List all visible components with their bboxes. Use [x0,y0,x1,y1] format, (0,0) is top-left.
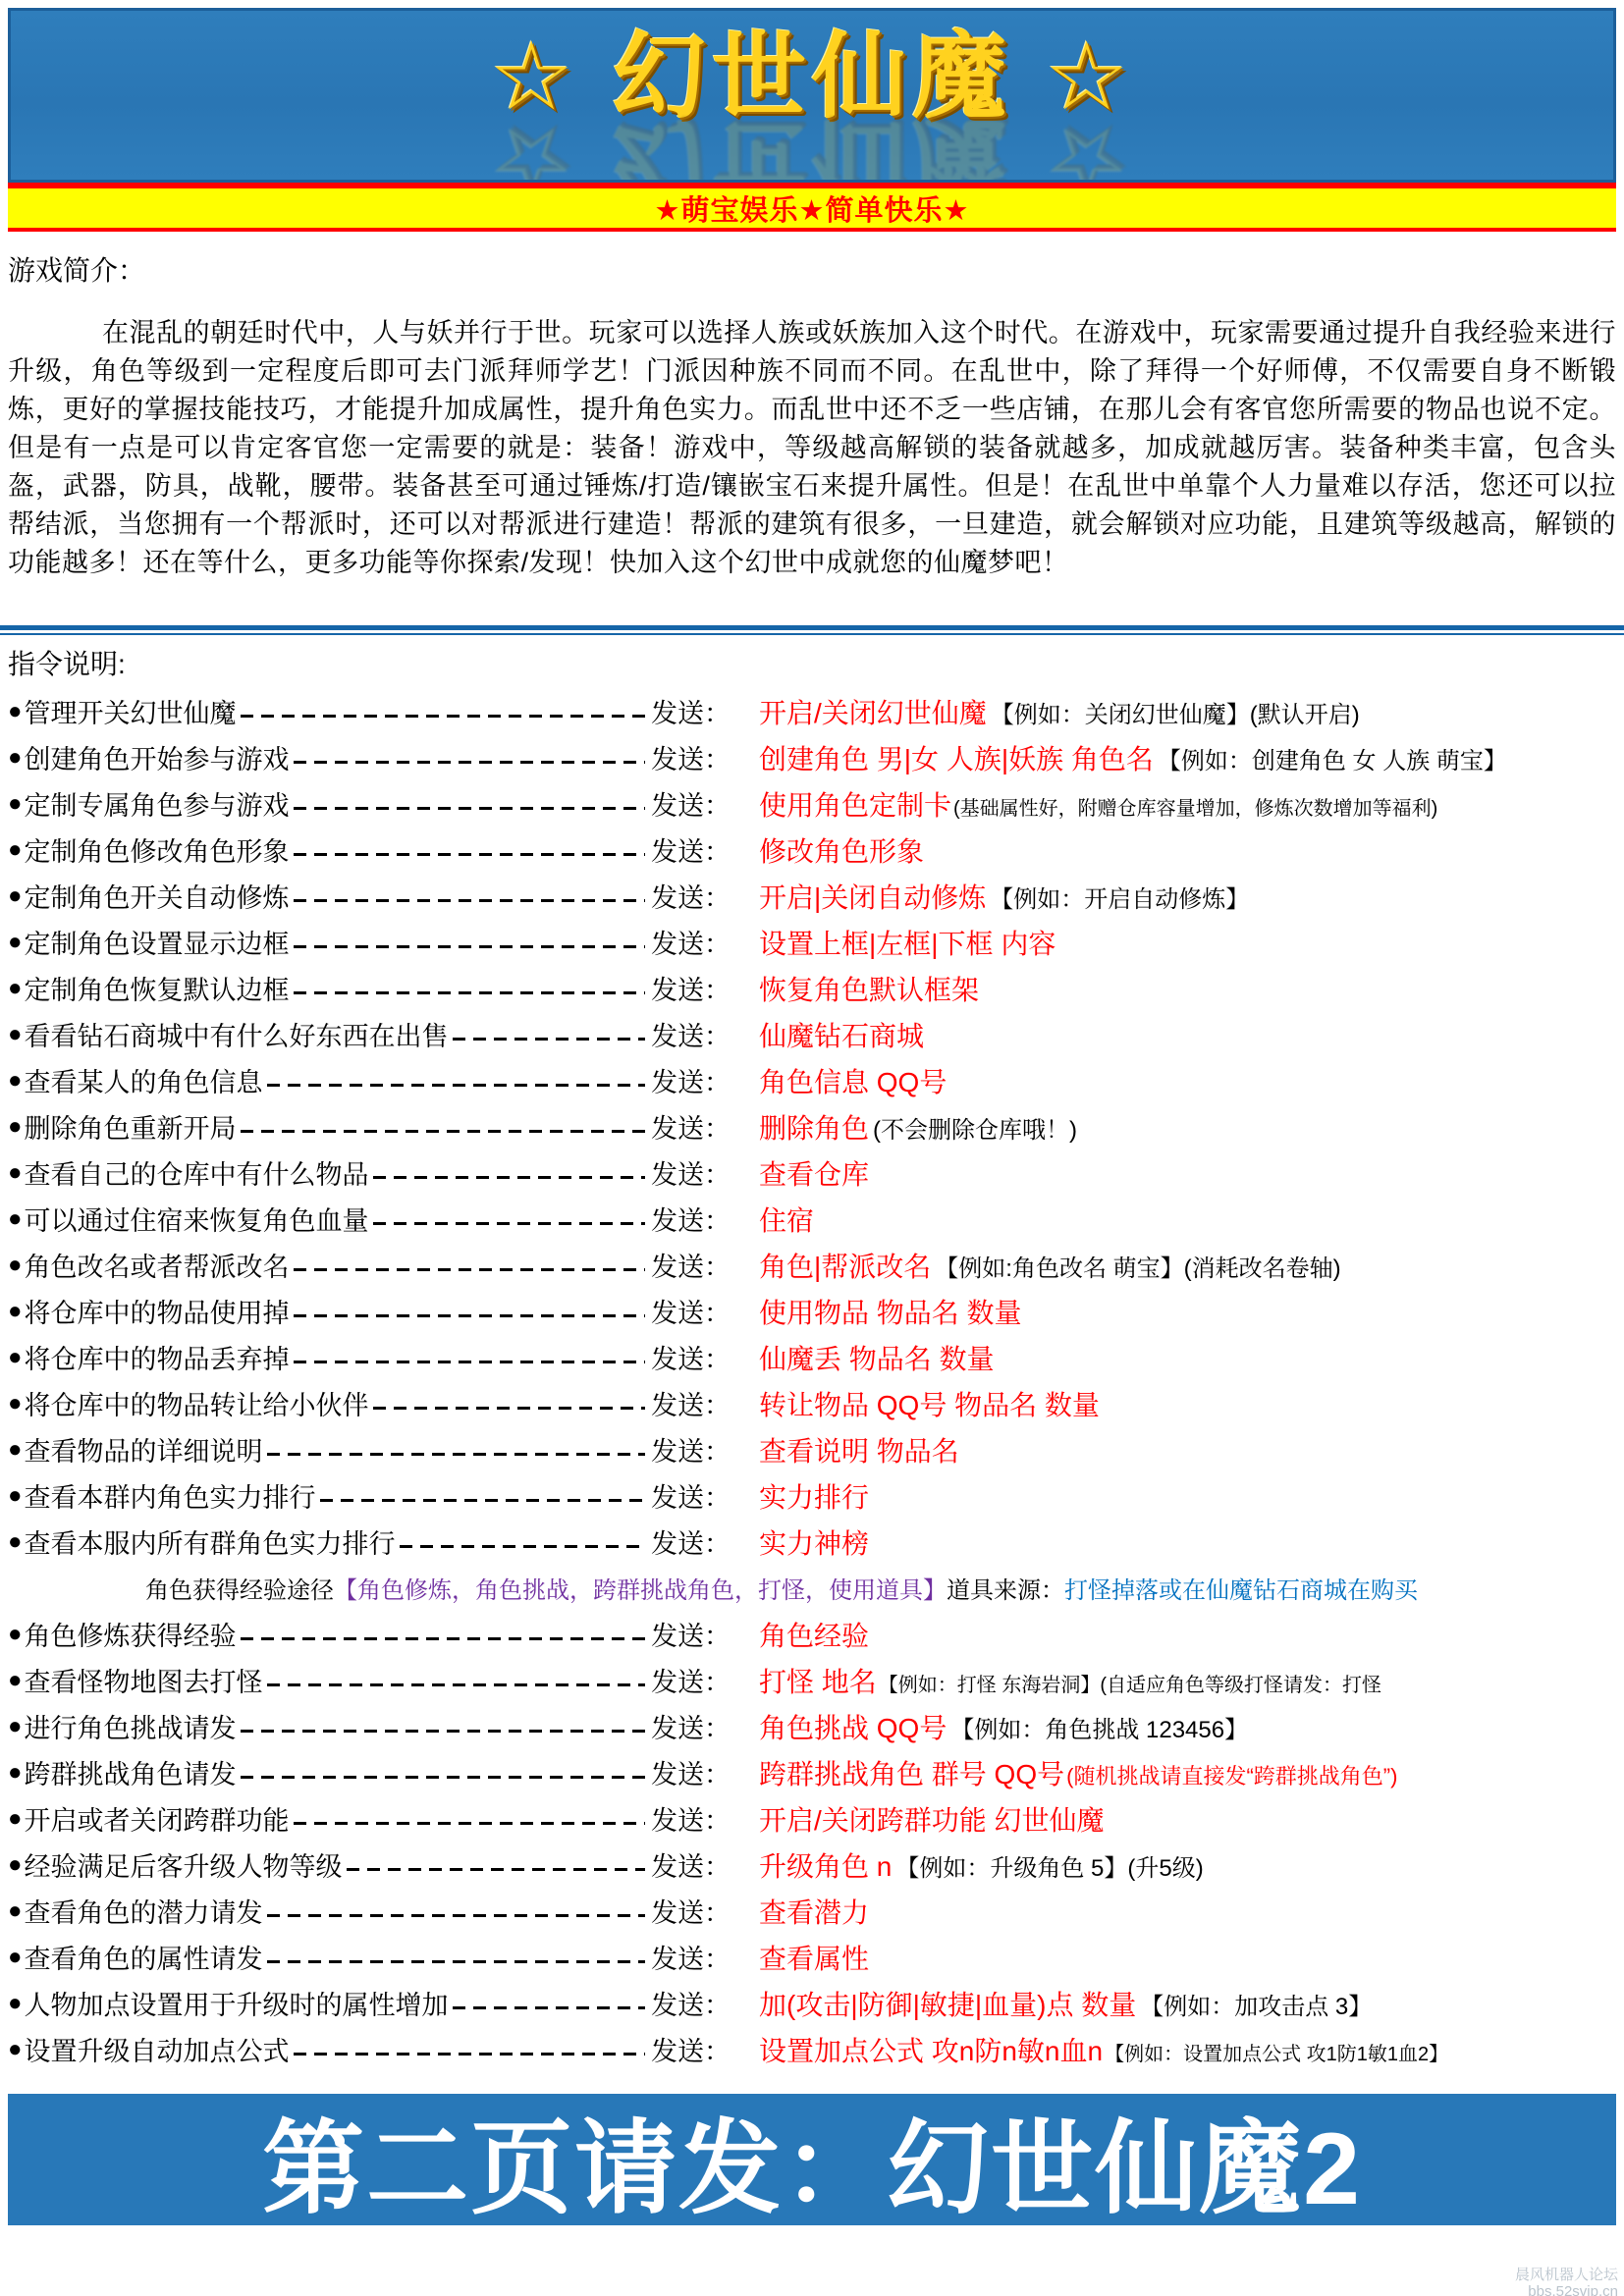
command-string: 查看属性 [759,1938,869,1977]
bullet-icon: ● [8,1805,23,1833]
header-banner: ☆ 幻世仙魔 ☆ ☆ 幻世仙魔 ☆ [8,8,1616,183]
command-description: 查看某人的角色信息 [25,1061,263,1099]
bullet-icon: ● [8,1113,23,1141]
command-text: 查看潜力 [759,1892,1624,1931]
dash-leader [453,2006,646,2009]
command-text: 创建角色 男|女 人族|妖族 角色名 【例如：创建角色 女 人族 萌宝】 [759,738,1624,777]
send-label: 发送： [651,784,759,823]
command-string: 恢复角色默认框架 [759,969,979,1008]
command-row-left: ● 创建角色开始参与游戏 [8,738,651,776]
command-string: 使用角色定制卡 [759,784,951,824]
dash-leader [294,991,646,994]
command-description: 查看角色的潜力请发 [25,1892,263,1930]
section-divider [0,625,1624,635]
command-string: 查看说明 物品名 [759,1430,959,1469]
command-text: 打怪 地名 【例如：打怪 东海岩洞】(自适应角色等级打怪请发：打怪 [759,1661,1624,1700]
exp-note-prefix: 角色获得经验途径 [145,1571,334,1605]
command-row: ● 定制角色修改角色形象 发送： 修改角色形象 [0,827,1624,873]
command-row-left: ● 查看物品的详细说明 [8,1430,651,1468]
command-string: 开启/关闭幻世仙魔 [759,692,987,731]
command-string: 仙魔钻石商城 [759,1015,924,1054]
command-row-left: ● 删除角色重新开局 [8,1107,651,1146]
dash-leader [267,1960,646,1963]
dash-leader [294,2053,646,2056]
command-row: ● 定制角色开关自动修炼 发送： 开启|关闭自动修炼 【例如：开启自动修炼】 [0,873,1624,919]
bullet-icon: ● [8,882,23,910]
dash-leader [400,1545,646,1548]
command-description: 定制专属角色参与游戏 [25,784,290,823]
command-row-left: ● 查看自己的仓库中有什么物品 [8,1153,651,1192]
command-row-left: ● 查看某人的角色信息 [8,1061,651,1099]
command-text: 恢复角色默认框架 [759,969,1624,1008]
send-label: 发送： [651,923,759,961]
bullet-icon: ● [8,1067,23,1095]
send-label: 发送： [651,692,759,730]
send-label: 发送： [651,1153,759,1192]
command-row: ● 查看本群内角色实力排行 发送： 实力排行 [0,1472,1624,1519]
command-description: 角色修炼获得经验 [25,1615,237,1653]
command-row: ● 角色修炼获得经验 发送： 角色经验 [0,1611,1624,1657]
command-description: 定制角色恢复默认边框 [25,969,290,1007]
command-description: 定制角色设置显示边框 [25,923,290,961]
command-row-left: ● 跨群挑战角色请发 [8,1753,651,1791]
command-text: 角色|帮派改名 【例如:角色改名 萌宝】(消耗改名卷轴) [759,1246,1624,1285]
send-label: 发送： [651,1753,759,1791]
command-string: 使用物品 物品名 数量 [759,1292,1022,1331]
subtitle-text: ★萌宝娱乐★简单快乐★ [655,188,970,229]
command-description: 删除角色重新开局 [25,1107,237,1146]
command-row-left: ● 开启或者关闭跨群功能 [8,1799,651,1838]
command-row-left: ● 定制专属角色参与游戏 [8,784,651,823]
command-row-left: ● 将仓库中的物品丢弃掉 [8,1338,651,1376]
command-note-red: (随机挑战请直接发“跨群挑战角色”) [1066,1760,1397,1790]
command-row-left: ● 查看角色的潜力请发 [8,1892,651,1930]
send-label: 发送： [651,1061,759,1099]
command-description: 人物加点设置用于升级时的属性增加 [25,1984,449,2022]
command-string: 打怪 地名 [759,1661,877,1700]
dash-leader [373,1176,646,1179]
command-text: 查看属性 [759,1938,1624,1977]
command-string: 修改角色形象 [759,830,924,870]
command-text: 设置上框|左框|下框 内容 [759,923,1624,962]
watermark: 晨风机器人论坛 bbs.52svip.cn [1515,2267,1618,2296]
dash-leader [241,1637,646,1640]
dash-leader [267,1084,646,1087]
command-row: ● 查看物品的详细说明 发送： 查看说明 物品名 [0,1426,1624,1472]
command-row: ● 查看怪物地图去打怪 发送： 打怪 地名 【例如：打怪 东海岩洞】(自适应角色… [0,1657,1624,1703]
bullet-icon: ● [8,1897,23,1925]
command-text: 使用角色定制卡 (基础属性好，附赠仓库容量增加，修炼次数增加等福利) [759,784,1624,824]
command-string: 创建角色 男|女 人族|妖族 角色名 [759,738,1154,777]
command-row: ● 查看某人的角色信息 发送： 角色信息 QQ号 [0,1057,1624,1103]
command-note: 【例如：升级角色 5】(升5级) [895,1848,1203,1883]
command-row-left: ● 定制角色设置显示边框 [8,923,651,961]
send-label: 发送： [651,1661,759,1699]
dash-leader [453,1038,646,1041]
command-row: ● 将仓库中的物品转让给小伙伴 发送： 转让物品 QQ号 物品名 数量 [0,1380,1624,1426]
bullet-icon: ● [8,1713,23,1740]
command-string: 角色信息 QQ号 [759,1061,947,1100]
command-description: 查看物品的详细说明 [25,1430,263,1468]
command-string: 升级角色 n [759,1845,892,1885]
command-string: 转让物品 QQ号 物品名 数量 [759,1384,1100,1423]
command-row: ● 查看自己的仓库中有什么物品 发送： 查看仓库 [0,1149,1624,1196]
command-description: 管理开关幻世仙魔 [25,692,237,730]
command-text: 实力神榜 [759,1522,1624,1562]
command-description: 角色改名或者帮派改名 [25,1246,290,1284]
command-row-left: ● 查看角色的属性请发 [8,1938,651,1976]
command-string: 开启|关闭自动修炼 [759,877,986,916]
dash-leader [373,1407,646,1410]
command-note: 【例如：开启自动修炼】 [990,880,1249,914]
command-text: 开启|关闭自动修炼 【例如：开启自动修炼】 [759,877,1624,916]
command-string: 删除角色 [759,1107,869,1147]
exp-note-source-label: 道具来源： [947,1571,1064,1605]
bullet-icon: ● [8,1621,23,1648]
bullet-icon: ● [8,1990,23,2017]
send-label: 发送： [651,1107,759,1146]
command-row-left: ● 定制角色恢复默认边框 [8,969,651,1007]
command-text: 实力排行 [759,1476,1624,1516]
command-row: ● 删除角色重新开局 发送： 删除角色 (不会删除仓库哦！) [0,1103,1624,1149]
command-row: ● 管理开关幻世仙魔 发送： 开启/关闭幻世仙魔 【例如：关闭幻世仙魔】(默认开… [0,688,1624,734]
command-row: ● 将仓库中的物品丢弃掉 发送： 仙魔丢 物品名 数量 [0,1334,1624,1380]
command-description: 查看本服内所有群角色实力排行 [25,1522,396,1561]
command-string: 仙魔丢 物品名 数量 [759,1338,995,1377]
bullet-icon: ● [8,1205,23,1233]
dash-leader [241,1776,646,1779]
dash-leader [347,1868,646,1871]
dash-leader [294,1314,646,1317]
command-row: ● 开启或者关闭跨群功能 发送： 开启/关闭跨群功能 幻世仙魔 [0,1795,1624,1842]
command-row: ● 定制专属角色参与游戏 发送： 使用角色定制卡 (基础属性好，附赠仓库容量增加… [0,780,1624,827]
command-text: 转让物品 QQ号 物品名 数量 [759,1384,1624,1423]
command-description: 查看自己的仓库中有什么物品 [25,1153,369,1192]
command-string: 查看潜力 [759,1892,869,1931]
dash-leader [294,899,646,902]
watermark-url: bbs.52svip.cn [1515,2283,1618,2296]
command-text: 设置加点公式 攻n防n敏n血n 【例如：设置加点公式 攻1防1敏1血2】 [759,2030,1624,2069]
command-row: ● 查看角色的潜力请发 发送： 查看潜力 [0,1888,1624,1934]
command-row-left: ● 查看本群内角色实力排行 [8,1476,651,1515]
command-text: 角色信息 QQ号 [759,1061,1624,1100]
command-string: 角色|帮派改名 [759,1246,931,1285]
bullet-icon: ● [8,1667,23,1694]
bullet-icon: ● [8,744,23,772]
command-row-left: ● 将仓库中的物品转让给小伙伴 [8,1384,651,1422]
command-row-left: ● 经验满足后客升级人物等级 [8,1845,651,1884]
command-note: 【例如：加攻击点 3】 [1140,1987,1372,2021]
footer-banner: 第二页请发：幻世仙魔2 [8,2094,1616,2225]
command-text: 开启/关闭幻世仙魔 【例如：关闭幻世仙魔】(默认开启) [759,692,1624,731]
send-label: 发送： [651,830,759,869]
send-label: 发送： [651,1845,759,1884]
command-description: 经验满足后客升级人物等级 [25,1845,343,1884]
exp-note-methods: 【角色修炼，角色挑战，跨群挑战角色，打怪，使用道具】 [334,1571,947,1605]
command-list-bottom: ● 角色修炼获得经验 发送： 角色经验 ● 查看怪物地图去打怪 发送： 打怪 地… [0,1611,1624,2072]
command-row: ● 跨群挑战角色请发 发送： 跨群挑战角色 群号 QQ号 (随机挑战请直接发“跨… [0,1749,1624,1795]
bullet-icon: ● [8,698,23,725]
command-description: 查看本群内角色实力排行 [25,1476,316,1515]
command-note: 【例如：角色挑战 123456】 [950,1710,1248,1744]
bullet-icon: ● [8,836,23,864]
bullet-icon: ● [8,1252,23,1279]
dash-leader [267,1453,646,1456]
bullet-icon: ● [8,1851,23,1879]
command-text: 升级角色 n 【例如：升级角色 5】(升5级) [759,1845,1624,1885]
bullet-icon: ● [8,1159,23,1187]
dash-leader [294,945,646,948]
bullet-icon: ● [8,1298,23,1325]
command-row-left: ● 将仓库中的物品使用掉 [8,1292,651,1330]
command-row-left: ● 定制角色修改角色形象 [8,830,651,869]
command-string: 跨群挑战角色 群号 QQ号 [759,1753,1064,1792]
bullet-icon: ● [8,929,23,956]
command-row: ● 人物加点设置用于升级时的属性增加 发送： 加(攻击|防御|敏捷|血量)点 数… [0,1980,1624,2026]
command-description: 定制角色修改角色形象 [25,830,290,869]
command-text: 加(攻击|防御|敏捷|血量)点 数量 【例如：加攻击点 3】 [759,1984,1624,2023]
intro-paragraph: 在混乱的朝廷时代中，人与妖并行于世。玩家可以选择人族或妖族加入这个时代。在游戏中… [8,314,1616,582]
command-string: 角色经验 [759,1615,869,1654]
command-note: (不会删除仓库哦！) [873,1110,1077,1145]
command-row: ● 角色改名或者帮派改名 发送： 角色|帮派改名 【例如:角色改名 萌宝】(消耗… [0,1242,1624,1288]
command-note: 【例如：创建角色 女 人族 萌宝】 [1158,741,1507,775]
bullet-icon: ● [8,1482,23,1510]
command-row: ● 进行角色挑战请发 发送： 角色挑战 QQ号 【例如：角色挑战 123456】 [0,1703,1624,1749]
command-row: ● 可以通过住宿来恢复角色血量 发送： 住宿 [0,1196,1624,1242]
command-row: ● 定制角色恢复默认边框 发送： 恢复角色默认框架 [0,965,1624,1011]
command-row-left: ● 角色改名或者帮派改名 [8,1246,651,1284]
bullet-icon: ● [8,2036,23,2063]
dash-leader [267,1683,646,1686]
command-note-small: 【例如：设置加点公式 攻1防1敏1血2】 [1105,2038,1448,2066]
command-string: 实力排行 [759,1476,869,1516]
command-text: 修改角色形象 [759,830,1624,870]
watermark-forum: 晨风机器人论坛 [1515,2267,1618,2283]
dash-leader [373,1222,646,1225]
command-string: 查看仓库 [759,1153,869,1193]
game-title-reflection-icon: ☆ 幻世仙魔 ☆ [489,110,1134,183]
command-text: 仙魔丢 物品名 数量 [759,1338,1624,1377]
send-label: 发送： [651,1938,759,1976]
command-text: 角色挑战 QQ号 【例如：角色挑战 123456】 [759,1707,1624,1746]
command-note-small: 【例如：打怪 东海岩洞】(自适应角色等级打怪请发：打怪 [879,1669,1381,1697]
command-text: 住宿 [759,1200,1624,1239]
command-text: 角色经验 [759,1615,1624,1654]
command-text: 仙魔钻石商城 [759,1015,1624,1054]
command-row-left: ● 查看怪物地图去打怪 [8,1661,651,1699]
command-row: ● 设置升级自动加点公式 发送： 设置加点公式 攻n防n敏n血n 【例如：设置加… [0,2026,1624,2072]
command-description: 开启或者关闭跨群功能 [25,1799,290,1838]
dash-leader [267,1914,646,1917]
command-description: 跨群挑战角色请发 [25,1753,237,1791]
command-description: 进行角色挑战请发 [25,1707,237,1745]
dash-leader [294,807,646,810]
command-text: 跨群挑战角色 群号 QQ号 (随机挑战请直接发“跨群挑战角色”) [759,1753,1624,1792]
command-description: 查看角色的属性请发 [25,1938,263,1976]
send-label: 发送： [651,1892,759,1930]
command-row: ● 查看本服内所有群角色实力排行 发送： 实力神榜 [0,1519,1624,1565]
send-label: 发送： [651,969,759,1007]
send-label: 发送： [651,1615,759,1653]
bullet-icon: ● [8,1944,23,1971]
command-note-small: (基础属性好，附赠仓库容量增加，修炼次数增加等福利) [953,792,1437,821]
command-text: 使用物品 物品名 数量 [759,1292,1624,1331]
dash-leader [294,1822,646,1825]
dash-leader [241,715,646,718]
command-string: 设置加点公式 攻n防n敏n血n [759,2030,1103,2069]
command-row: ● 将仓库中的物品使用掉 发送： 使用物品 物品名 数量 [0,1288,1624,1334]
command-string: 住宿 [759,1200,814,1239]
footer-text: 第二页请发：幻世仙魔2 [262,2094,1362,2225]
command-description: 创建角色开始参与游戏 [25,738,290,776]
command-string: 加(攻击|防御|敏捷|血量)点 数量 [759,1984,1136,2023]
command-row-left: ● 定制角色开关自动修炼 [8,877,651,915]
bullet-icon: ● [8,1021,23,1048]
command-row: ● 查看角色的属性请发 发送： 查看属性 [0,1934,1624,1980]
command-description: 将仓库中的物品使用掉 [25,1292,290,1330]
exp-note-source: 打怪掉落或在仙魔钻石商城在购买 [1064,1571,1418,1605]
dash-leader [294,761,646,764]
command-text: 查看说明 物品名 [759,1430,1624,1469]
exp-note-line: 角色获得经验途径 【角色修炼，角色挑战，跨群挑战角色，打怪，使用道具】 道具来源… [0,1565,1624,1611]
intro-heading: 游戏简介： [8,249,1616,289]
command-text: 查看仓库 [759,1153,1624,1193]
command-string: 实力神榜 [759,1522,869,1562]
send-label: 发送： [651,1476,759,1515]
bullet-icon: ● [8,1436,23,1464]
bullet-icon: ● [8,1528,23,1556]
dash-leader [294,853,646,856]
command-text: 开启/关闭跨群功能 幻世仙魔 [759,1799,1624,1839]
command-string: 角色挑战 QQ号 [759,1707,947,1746]
dash-leader [241,1730,646,1733]
command-row-left: ● 设置升级自动加点公式 [8,2030,651,2068]
command-row-left: ● 看看钻石商城中有什么好东西在出售 [8,1015,651,1053]
bullet-icon: ● [8,790,23,818]
command-description: 将仓库中的物品丢弃掉 [25,1338,290,1376]
command-note: 【例如:角色改名 萌宝】(消耗改名卷轴) [935,1249,1340,1283]
command-row-left: ● 查看本服内所有群角色实力排行 [8,1522,651,1561]
command-description: 定制角色开关自动修炼 [25,877,290,915]
send-label: 发送： [651,1522,759,1561]
send-label: 发送： [651,1292,759,1330]
command-row-left: ● 人物加点设置用于升级时的属性增加 [8,1984,651,2022]
send-label: 发送： [651,1200,759,1238]
bullet-icon: ● [8,1344,23,1371]
send-label: 发送： [651,877,759,915]
send-label: 发送： [651,1707,759,1745]
command-row: ● 定制角色设置显示边框 发送： 设置上框|左框|下框 内容 [0,919,1624,965]
dash-leader [320,1499,646,1502]
bullet-icon: ● [8,1759,23,1787]
command-row-left: ● 管理开关幻世仙魔 [8,692,651,730]
send-label: 发送： [651,1015,759,1053]
bullet-icon: ● [8,975,23,1002]
command-string: 设置上框|左框|下框 内容 [759,923,1056,962]
subtitle-banner: ★萌宝娱乐★简单快乐★ [8,188,1616,228]
bullet-icon: ● [8,1390,23,1417]
command-list-top: ● 管理开关幻世仙魔 发送： 开启/关闭幻世仙魔 【例如：关闭幻世仙魔】(默认开… [0,688,1624,1565]
page: ☆ 幻世仙魔 ☆ ☆ 幻世仙魔 ☆ ★萌宝娱乐★简单快乐★ 游戏简介： 在混乱的… [0,8,1624,2296]
command-row-left: ● 进行角色挑战请发 [8,1707,651,1745]
command-note: 【例如：关闭幻世仙魔】(默认开启) [991,695,1360,729]
red-divider-bottom [8,228,1616,232]
dash-leader [294,1361,646,1363]
command-description: 设置升级自动加点公式 [25,2030,290,2068]
send-label: 发送： [651,1338,759,1376]
command-row: ● 经验满足后客升级人物等级 发送： 升级角色 n 【例如：升级角色 5】(升5… [0,1842,1624,1888]
send-label: 发送： [651,1246,759,1284]
dash-leader [294,1268,646,1271]
command-string: 开启/关闭跨群功能 幻世仙魔 [759,1799,1105,1839]
command-row: ● 创建角色开始参与游戏 发送： 创建角色 男|女 人族|妖族 角色名 【例如：… [0,734,1624,780]
command-description: 看看钻石商城中有什么好东西在出售 [25,1015,449,1053]
send-label: 发送： [651,1799,759,1838]
send-label: 发送： [651,1430,759,1468]
send-label: 发送： [651,738,759,776]
command-row-left: ● 可以通过住宿来恢复角色血量 [8,1200,651,1238]
command-row-left: ● 角色修炼获得经验 [8,1615,651,1653]
command-row: ● 看看钻石商城中有什么好东西在出售 发送： 仙魔钻石商城 [0,1011,1624,1057]
send-label: 发送： [651,1984,759,2022]
command-description: 可以通过住宿来恢复角色血量 [25,1200,369,1238]
command-description: 将仓库中的物品转让给小伙伴 [25,1384,369,1422]
command-text: 删除角色 (不会删除仓库哦！) [759,1107,1624,1147]
send-label: 发送： [651,1384,759,1422]
command-description: 查看怪物地图去打怪 [25,1661,263,1699]
send-label: 发送： [651,2030,759,2068]
commands-heading: 指令说明: [8,643,1624,682]
dash-leader [241,1130,646,1133]
